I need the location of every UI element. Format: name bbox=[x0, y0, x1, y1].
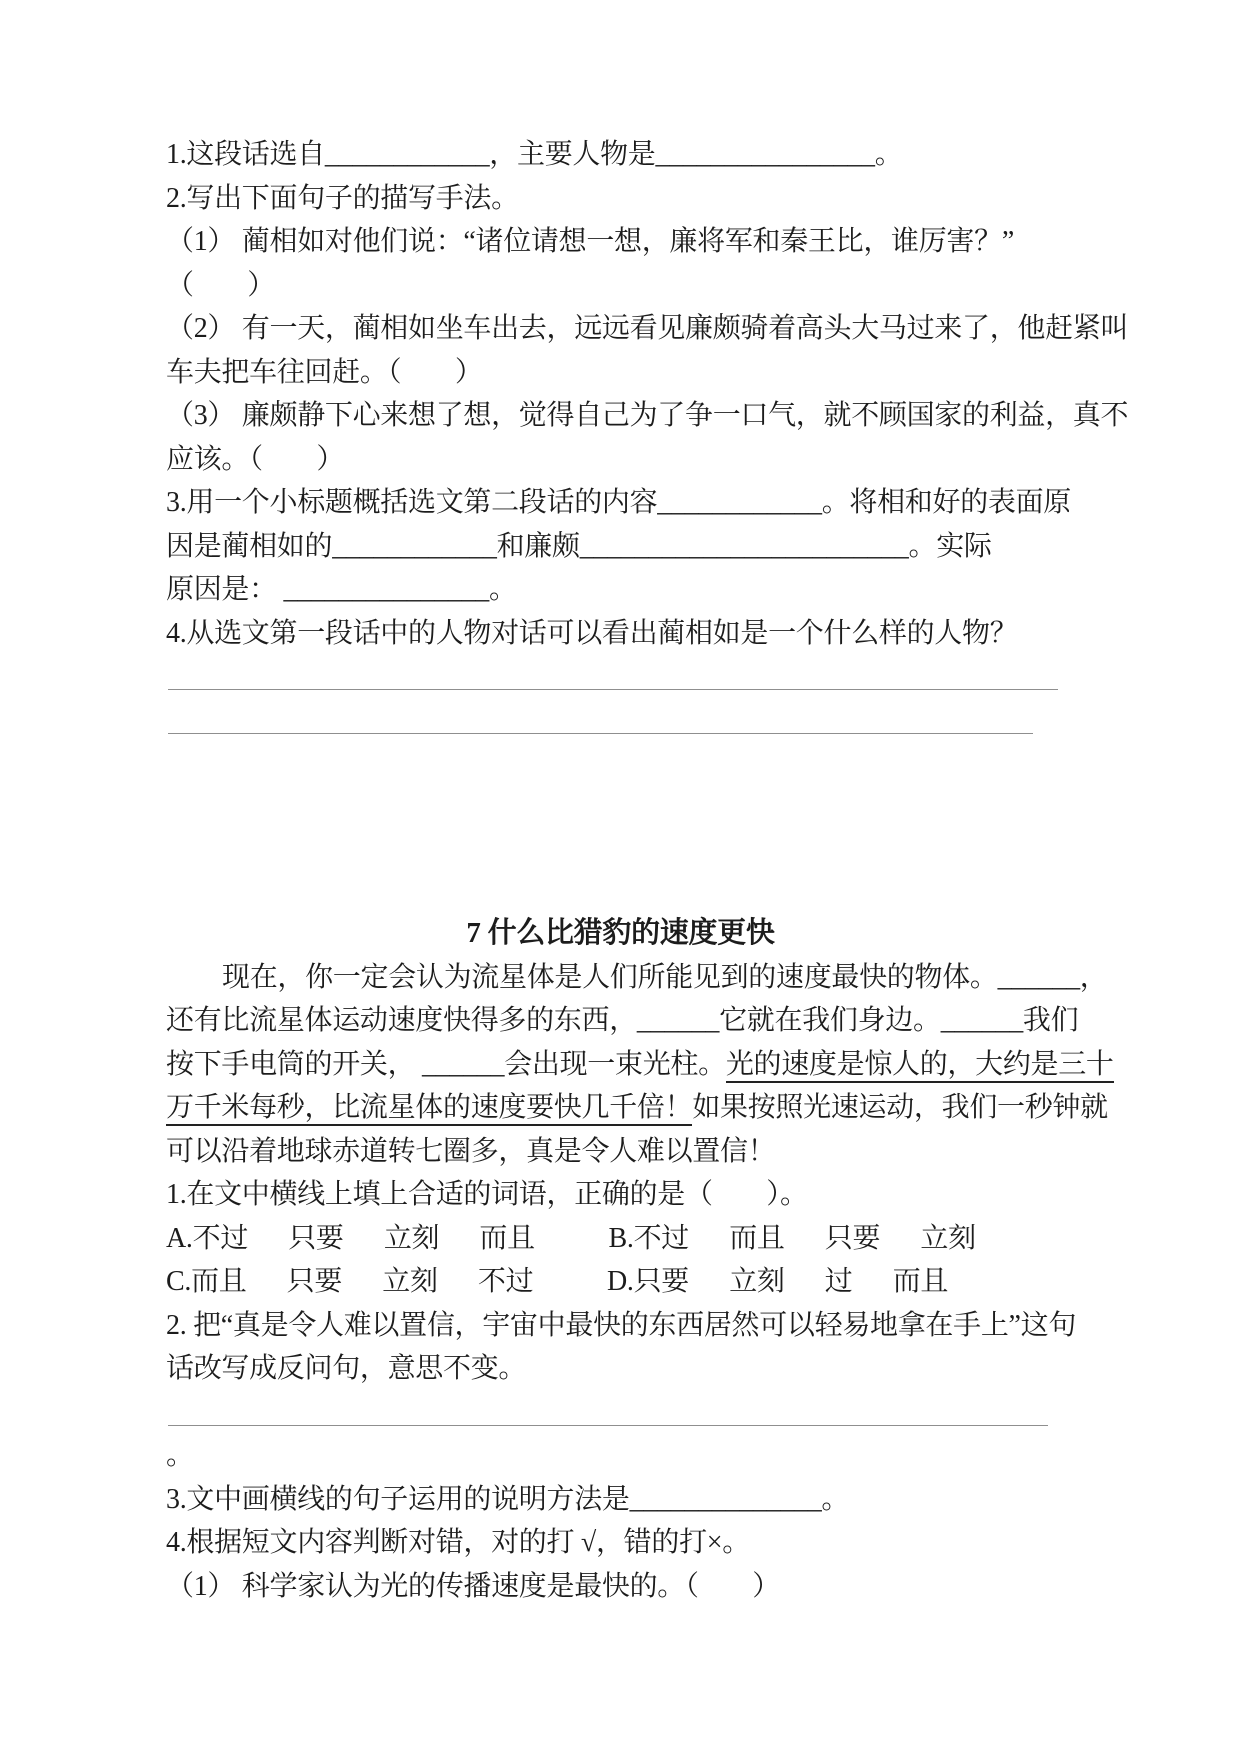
passage-line: 还有比流星体运动速度快得多的东西，______它就在我们身边。______我们 bbox=[166, 999, 1075, 1043]
passage-text: 按下手电筒的开关， ______会出现一束光柱。 bbox=[166, 1049, 726, 1080]
question-4-line: 4.根据短文内容判断对错，对的打 √，错的打×。 bbox=[166, 1521, 1075, 1565]
passage-text: 如果按照光速运动，我们一秒钟就 bbox=[692, 1092, 1108, 1123]
question-2-line: 2.写出下面句子的描写手法。 bbox=[166, 177, 1075, 221]
question-2-item2-line: （2） 有一天，蔺相如坐车出去，远远看见廉颇骑着高头大马过来了，他赶紧叫 bbox=[166, 307, 1075, 351]
passage-text: 现在，你一定会认为流星体是人们所能见到的速度最快的物体。______， bbox=[222, 962, 1108, 993]
question-4-item1-line: （1） 科学家认为光的传播速度是最快的。（ ） bbox=[166, 1565, 1075, 1609]
question-2-line: 2. 把“真是令人难以置信，宇宙中最快的东西居然可以轻易地拿在手上”这句 bbox=[166, 1304, 1075, 1348]
passage-line: 可以沿着地球赤道转七圈多，真是令人难以置信！ bbox=[166, 1130, 1075, 1174]
section2-block: 7 什么比猎豹的速度更快 现在，你一定会认为流星体是人们所能见到的速度最快的物体… bbox=[166, 912, 1075, 1608]
answer-parens-line: （ ） bbox=[166, 264, 1075, 308]
answer-write-line bbox=[166, 655, 1075, 699]
question-1-line: 1.在文中横线上填上合适的词语，正确的是（ ）。 bbox=[166, 1173, 1075, 1217]
answer-rule bbox=[168, 689, 1058, 690]
question-3-cont-line: 因是蔺相如的____________和廉颇___________________… bbox=[166, 525, 1075, 569]
passage-line: 按下手电筒的开关， ______会出现一束光柱。光的速度是惊人的，大约是三十 bbox=[166, 1043, 1075, 1087]
question-3-line: 3.用一个小标题概括选文第二段话的内容____________。将相和好的表面原 bbox=[166, 481, 1075, 525]
period-line: 。 bbox=[166, 1434, 1075, 1478]
question-2-cont-line: 话改写成反问句，意思不变。 bbox=[166, 1347, 1075, 1391]
passage-line: 万千米每秒，比流星体的速度要快几千倍！如果按照光速运动，我们一秒钟就 bbox=[166, 1086, 1075, 1130]
question-2-item3-line: （3） 廉颇静下心来想了想，觉得自己为了争一口气，就不顾国家的利益，真不 bbox=[166, 394, 1075, 438]
question-2-item3-cont-line: 应该。（ ） bbox=[166, 438, 1075, 482]
question-2-item1-line: （1） 蔺相如对他们说：“诸位请想一想，廉将军和秦王比，谁厉害？” bbox=[166, 220, 1075, 264]
passage-line: 现在，你一定会认为流星体是人们所能见到的速度最快的物体。______， bbox=[166, 956, 1075, 1000]
worksheet-page: 1.这段话选自____________，主要人物是_______________… bbox=[0, 0, 1241, 1754]
question-2-item2-cont-line: 车夫把车往回赶。（ ） bbox=[166, 351, 1075, 395]
options-ab-line: A.不过 只要 立刻 而且 B.不过 而且 只要 立刻 bbox=[166, 1217, 1075, 1261]
question-1-line: 1.这段话选自____________，主要人物是_______________… bbox=[166, 133, 1075, 177]
question-3-cont2-line: 原因是： _______________。 bbox=[166, 568, 1075, 612]
options-cd-line: C.而且 只要 立刻 不过 D.只要 立刻 过 而且 bbox=[166, 1260, 1075, 1304]
question-3-line: 3.文中画横线的句子运用的说明方法是______________。 bbox=[166, 1478, 1075, 1522]
answer-rule bbox=[168, 1425, 1048, 1426]
passage-text: 还有比流星体运动速度快得多的东西，______它就在我们身边。______我们 bbox=[166, 1005, 1078, 1036]
underlined-passage-text: 光的速度是惊人的，大约是三十 bbox=[726, 1049, 1114, 1083]
section1-questions-block: 1.这段话选自____________，主要人物是_______________… bbox=[166, 133, 1075, 742]
answer-rule bbox=[168, 733, 1033, 734]
question-4-line: 4.从选文第一段话中的人物对话可以看出蔺相如是一个什么样的人物？ bbox=[166, 612, 1075, 656]
answer-write-line bbox=[166, 1391, 1075, 1435]
underlined-passage-text: 万千米每秒，比流星体的速度要快几千倍！ bbox=[166, 1092, 692, 1126]
answer-write-line bbox=[166, 699, 1075, 743]
section-title: 7 什么比猎豹的速度更快 bbox=[166, 912, 1075, 956]
passage-text: 可以沿着地球赤道转七圈多，真是令人难以置信！ bbox=[166, 1136, 775, 1167]
